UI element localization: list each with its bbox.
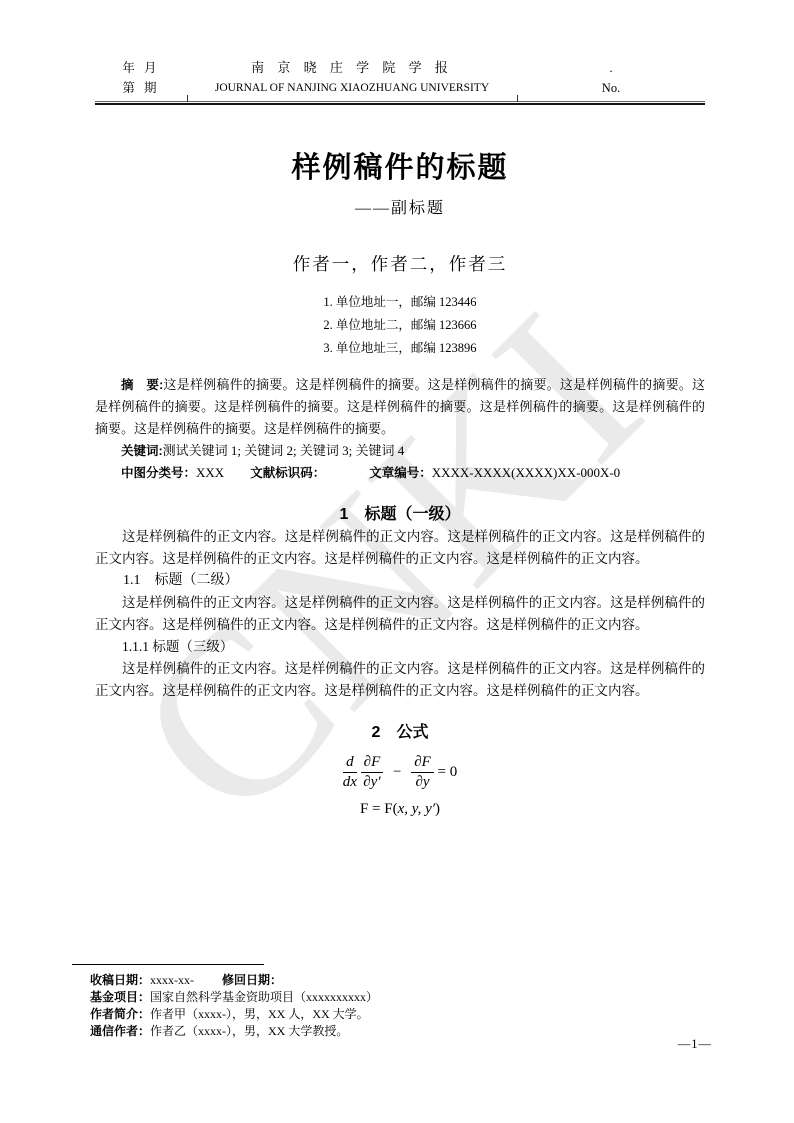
body-paragraph: 这是样例稿件的正文内容。这是样例稿件的正文内容。这是样例稿件的正文内容。这是样例… [95, 526, 705, 570]
fraction-d-dx: ddx [343, 754, 357, 792]
keywords-label: 关键词: [121, 444, 163, 458]
section-heading-1-1-1: 1.1.1 标题（三级） [95, 636, 705, 658]
bio-value: 作者甲（xxxx-），男，XX 人，XX 大学。 [150, 1007, 369, 1021]
clc-label: 中图分类号： [121, 466, 196, 480]
issue-number: 第 期 [95, 78, 187, 98]
footnote-corresponding: 通信作者：作者乙（xxxx-），男，XX 大学教授。 [72, 1023, 672, 1040]
issue-no-label: No. [517, 78, 705, 98]
received-label: 收稿日期： [90, 973, 150, 987]
fraction-dF-dy: ∂F∂y [411, 754, 434, 792]
abstract-label: 摘 要: [121, 378, 163, 392]
revised-label: 修回日期： [222, 973, 282, 987]
article-title: 样例稿件的标题 [95, 151, 705, 185]
fund-label: 基金项目： [90, 990, 150, 1004]
footnote-rule [72, 964, 264, 965]
volume-placeholder: . [517, 58, 705, 78]
fund-value: 国家自然科学基金资助项目（xxxxxxxxxx） [150, 990, 378, 1004]
footnote-bio: 作者简介：作者甲（xxxx-），男，XX 人，XX 大学。 [72, 1006, 672, 1023]
footnote-block: 收稿日期：xxxx-xx-修回日期： 基金项目：国家自然科学基金资助项目（xxx… [72, 964, 672, 1040]
journal-name-cn: 南 京 晓 庄 学 院 学 报 [187, 58, 517, 78]
bio-label: 作者简介： [90, 1007, 150, 1021]
corresponding-value: 作者乙（xxxx-），男，XX 大学教授。 [150, 1024, 348, 1038]
doc-code-label: 文献标识码： [250, 466, 325, 480]
affiliation-item: 2. 单位地址二，邮编 123666 [95, 314, 705, 337]
affiliation-item: 1. 单位地址一，邮编 123446 [95, 291, 705, 314]
header-journal-column: 南 京 晓 庄 学 院 学 报 JOURNAL OF NANJING XIAOZ… [187, 58, 517, 98]
journal-header: 年 月 第 期 南 京 晓 庄 学 院 学 报 JOURNAL OF NANJI… [95, 58, 705, 98]
abstract-paragraph: 摘 要:这是样例稿件的摘要。这是样例稿件的摘要。这是样例稿件的摘要。这是样例稿件… [95, 374, 705, 440]
clc-value: XXX [196, 465, 224, 480]
classification-line: 中图分类号：XXX文献标识码：文章编号：XXXX-XXXX(XXXX)XX-00… [95, 462, 705, 484]
header-rule-tick-left [187, 95, 188, 102]
equals-zero: = 0 [438, 764, 458, 780]
body-paragraph: 这是样例稿件的正文内容。这是样例稿件的正文内容。这是样例稿件的正文内容。这是样例… [95, 658, 705, 702]
header-no-column: . No. [517, 58, 705, 98]
keywords-text: 测试关键词 1; 关键词 2; 关键词 3; 关键词 4 [163, 443, 405, 458]
page-content: 年 月 第 期 南 京 晓 庄 学 院 学 报 JOURNAL OF NANJI… [0, 0, 794, 820]
fraction-dF-dyprime: ∂F∂y′ [361, 754, 384, 792]
keywords-line: 关键词:测试关键词 1; 关键词 2; 关键词 3; 关键词 4 [95, 440, 705, 462]
section-heading-1: 1 标题（一级） [95, 504, 705, 526]
received-value: xxxx-xx- [150, 973, 194, 987]
footnote-received: 收稿日期：xxxx-xx-修回日期： [72, 972, 672, 989]
document-page: CNKI 年 月 第 期 南 京 晓 庄 学 院 学 报 JOURNAL OF … [0, 0, 794, 1123]
abstract-text: 这是样例稿件的摘要。这是样例稿件的摘要。这是样例稿件的摘要。这是样例稿件的摘要。… [95, 377, 705, 436]
author-list: 作者一，作者二，作者三 [95, 253, 705, 275]
affiliation-item: 3. 单位地址三，邮编 123896 [95, 337, 705, 360]
euler-lagrange-equation: ddx ∂F∂y′ − ∂F∂y = 0 [95, 754, 705, 792]
section-heading-1-1: 1.1 标题（二级） [95, 570, 705, 592]
header-rule [95, 101, 705, 105]
body-paragraph: 这是样例稿件的正文内容。这是样例稿件的正文内容。这是样例稿件的正文内容。这是样例… [95, 592, 705, 636]
article-id-label: 文章编号： [369, 466, 432, 480]
corresponding-label: 通信作者： [90, 1024, 150, 1038]
minus-operator: − [393, 764, 401, 780]
article-subtitle: ——副标题 [95, 199, 705, 219]
footnote-fund: 基金项目：国家自然科学基金资助项目（xxxxxxxxxx） [72, 989, 672, 1006]
header-rule-tick-right [517, 95, 518, 102]
affiliation-list: 1. 单位地址一，邮编 123446 2. 单位地址二，邮编 123666 3.… [95, 291, 705, 360]
issue-date: 年 月 [95, 58, 187, 78]
function-definition-equation: F = F(x, y, y′) [95, 798, 705, 820]
header-issue-column: 年 月 第 期 [95, 58, 187, 98]
journal-name-en: JOURNAL OF NANJING XIAOZHUANG UNIVERSITY [187, 78, 517, 98]
article-id-value: XXXX-XXXX(XXXX)XX-000X-0 [432, 465, 620, 480]
page-number: —1— [678, 1037, 712, 1052]
section-heading-2: 2 公式 [95, 722, 705, 744]
